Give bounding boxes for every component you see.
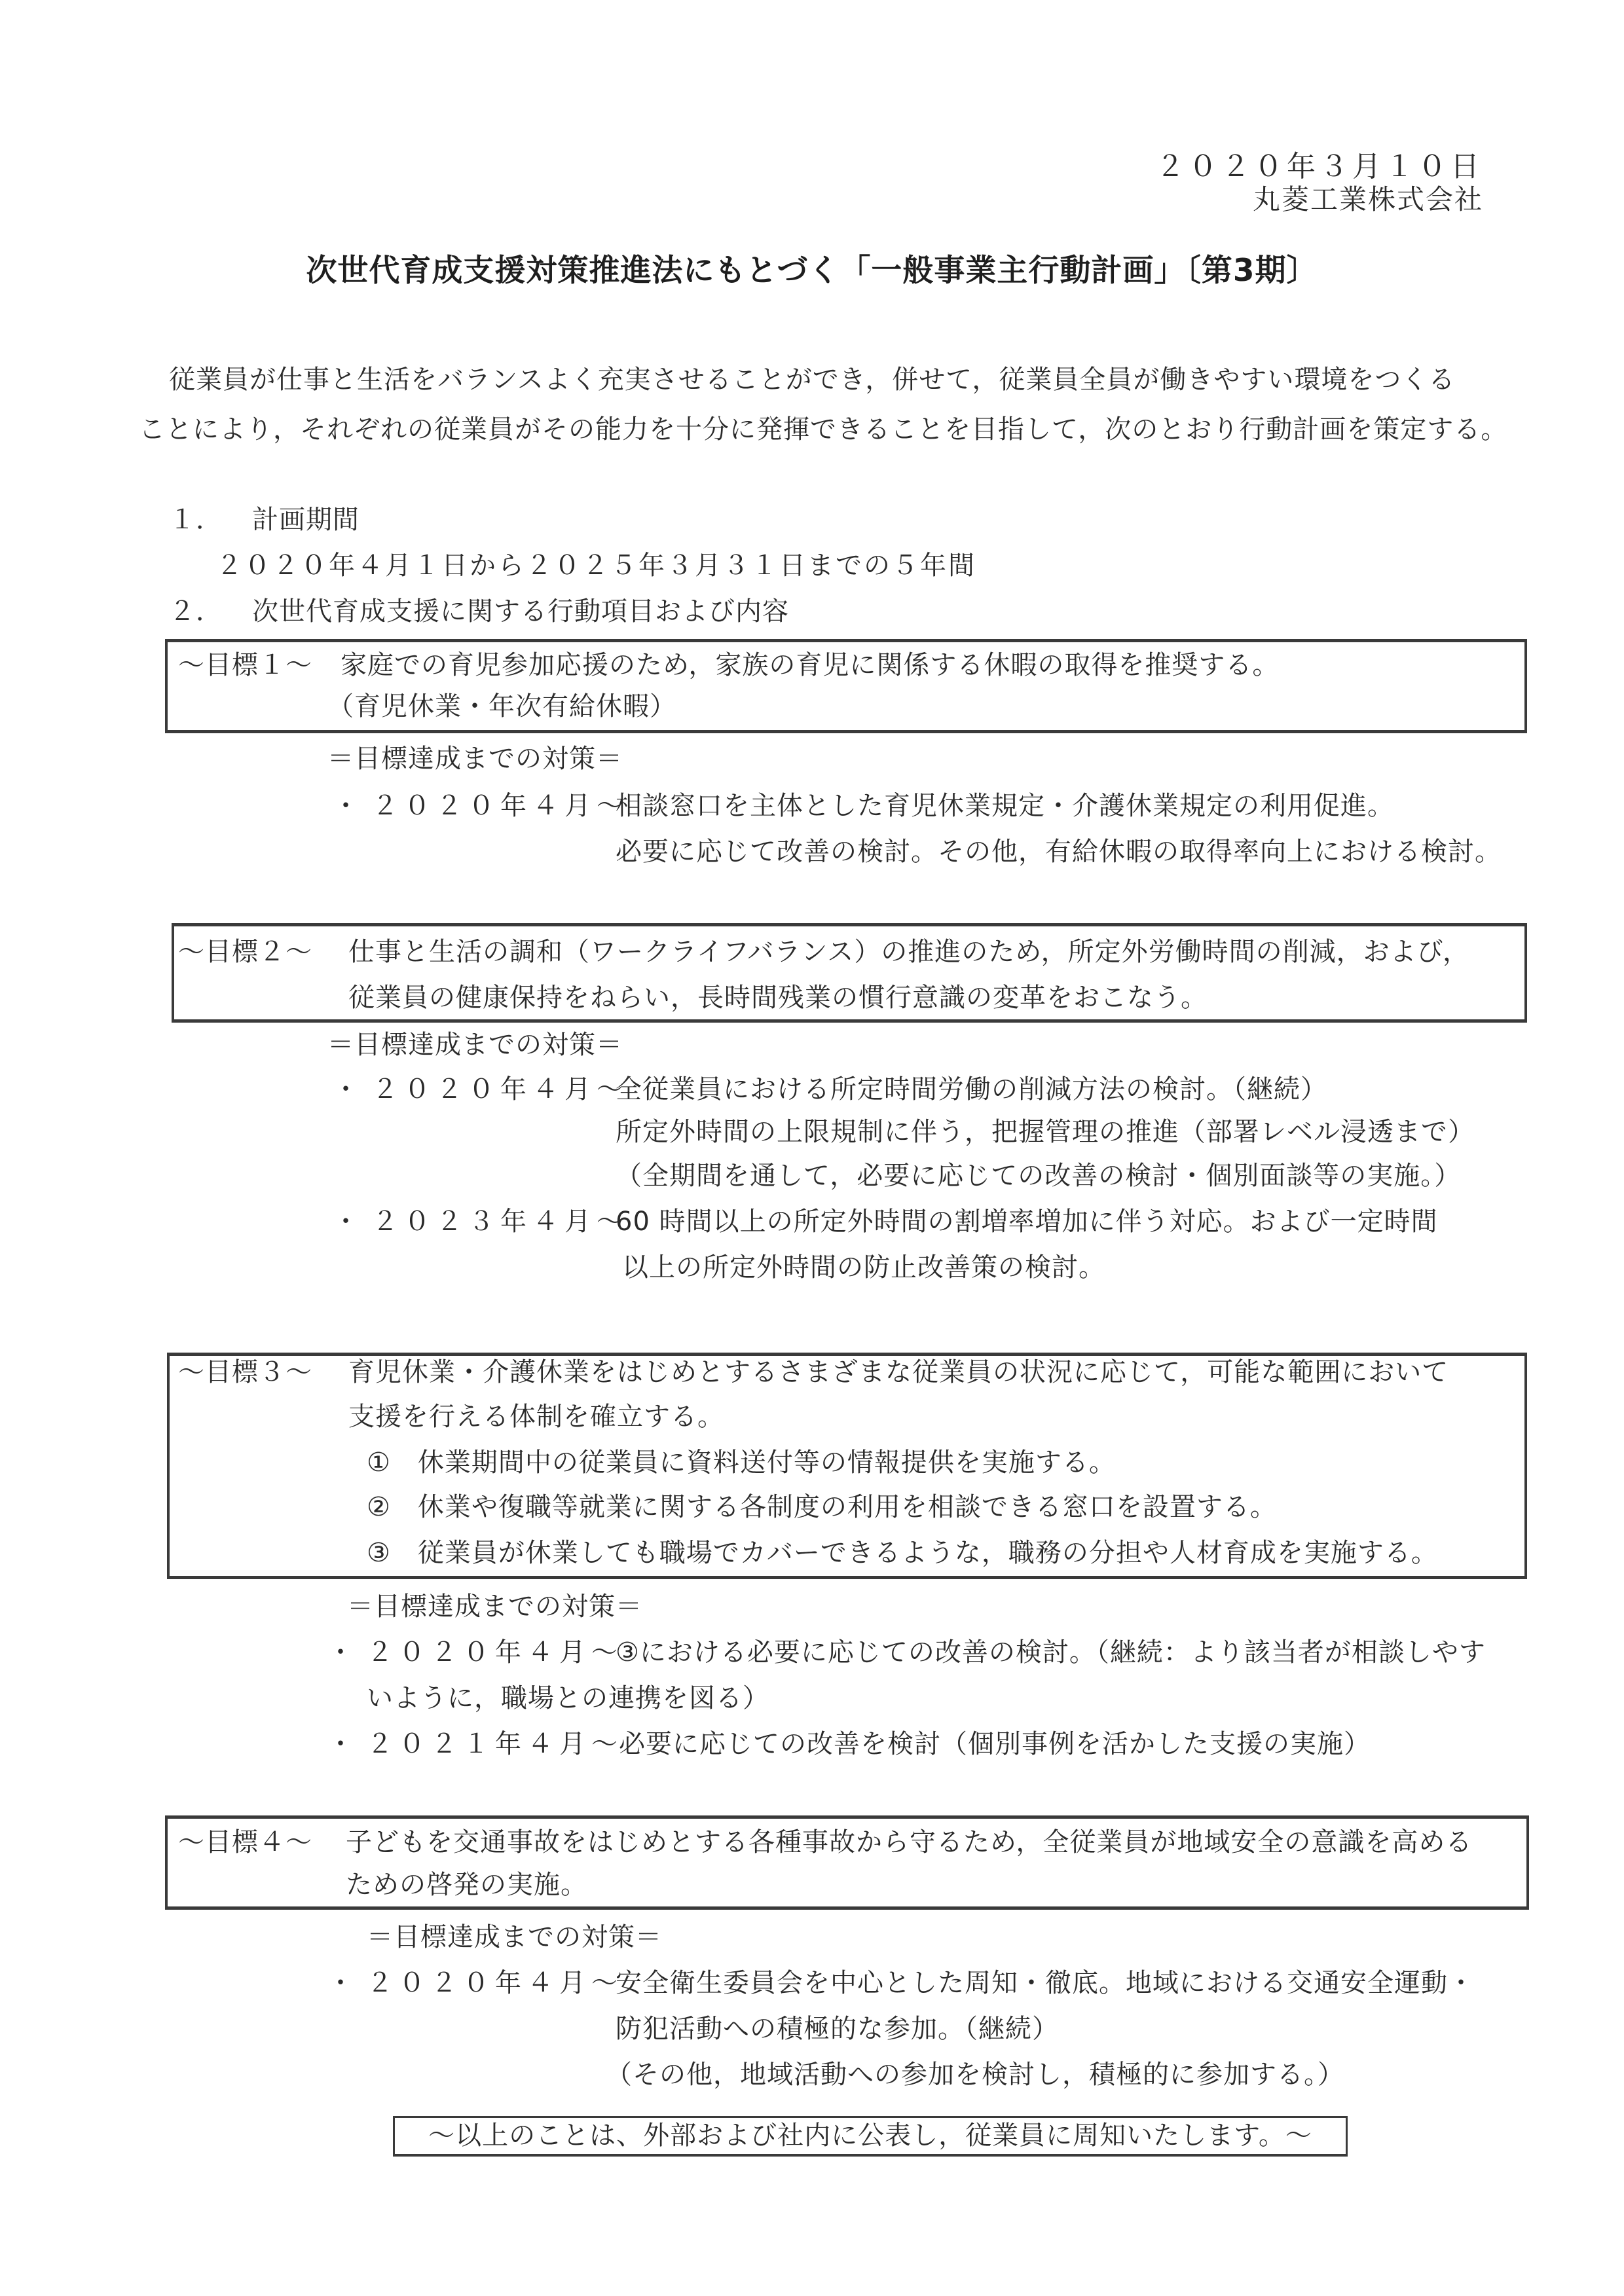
section-1-heading: 計画期間 <box>252 504 360 536</box>
goal-1-measure-1-date: ２０２０年４月～ <box>372 790 629 822</box>
section-1-number: １． <box>169 504 223 536</box>
goal-2-measures-heading: ＝目標達成までの対策＝ <box>327 1029 623 1061</box>
goal-2-measure-2-line-2: 以上の所定外時間の防止改善策の検討。 <box>622 1252 1105 1283</box>
goal-2-label: ～目標２～ <box>178 936 312 968</box>
goal-3-item-1: ① 休業期間中の従業員に資料送付等の情報提供を実施する。 <box>367 1447 1116 1478</box>
goal-4-measure-1-line-1: 安全衛生委員会を中心とした周知・徹底。地域における交通安全運動・ <box>616 1967 1475 1999</box>
goal-2-measure-1-line-3: （全期間を通して，必要に応じての改善の検討・個別面談等の実施。） <box>616 1160 1461 1192</box>
goal-3-measure-2-date: ２０２１年４月～ <box>367 1728 623 1760</box>
plan-period: ２０２０年４月１日から２０２５年３月３１日までの５年間 <box>216 550 976 581</box>
section-2-number: ２． <box>169 596 223 627</box>
section-2-heading: 次世代育成支援に関する行動項目および内容 <box>252 596 789 627</box>
goal-2-measure-2-date: ２０２３年４月～ <box>372 1206 629 1237</box>
goal-3-line-2: 支援を行える体制を確立する。 <box>348 1401 724 1432</box>
goal-1-line-2: （育児休業・年次有給休暇） <box>327 691 676 722</box>
page-title: 次世代育成支援対策推進法にもとづく「一般事業主行動計画」〔第3期〕 <box>0 246 1624 290</box>
goal-3-measure-2-line-1: 必要に応じての改善を検討（個別事例を活かした支援の実施） <box>619 1728 1371 1760</box>
goal-2-line-1: 仕事と生活の調和（ワークライフバランス）の推進のため，所定外労働時間の削減，およ… <box>348 936 1469 968</box>
goal-3-measure-1-line-2: いように，職場との連携を図る） <box>367 1683 769 1714</box>
goal-3-line-1: 育児休業・介護休業をはじめとするさまざまな従業員の状況に応じて，可能な範囲におい… <box>348 1357 1449 1388</box>
goal-3-measure-1-date: ２０２０年４月～ <box>367 1637 623 1668</box>
intro-line-2: ことにより，それぞれの従業員がその能力を十分に発揮できることを目指して，次のとお… <box>139 414 1507 445</box>
goal-4-measure-1-line-3: （その他，地域活動への参加を検討し，積極的に参加する。） <box>606 2059 1344 2090</box>
goal-1-measure-1-line-2: 必要に応じて改善の検討。その他，有給休暇の取得率向上における検討。 <box>616 836 1502 867</box>
goal-4-measures-heading: ＝目標達成までの対策＝ <box>367 1922 662 1953</box>
intro-line-1: 従業員が仕事と生活をバランスよく充実させることができ，併せて，従業員全員が働きや… <box>169 364 1455 395</box>
goal-2-measure-1-date: ２０２０年４月～ <box>372 1074 629 1105</box>
goal-4-measure-1-line-2: 防犯活動への積極的な参加。（継続） <box>616 2013 1059 2045</box>
footer-note: ～以上のことは、外部および社内に公表し，従業員に周知いたします。～ <box>393 2120 1348 2151</box>
goal-1-line-1: 家庭での育児参加応援のため，家族の育児に関係する休暇の取得を推奨する。 <box>341 649 1279 681</box>
goal-3-label: ～目標３～ <box>178 1357 312 1388</box>
goal-2-measure-2-line-1: 60 時間以上の所定外時間の割増率増加に伴う対応。および一定時間 <box>616 1206 1438 1237</box>
bullet-icon: ・ <box>327 1967 354 1999</box>
goal-4-line-2: ための啓発の実施。 <box>346 1869 587 1901</box>
bullet-icon: ・ <box>333 790 360 822</box>
bullet-icon: ・ <box>327 1637 354 1668</box>
goal-2-measure-1-line-2: 所定外時間の上限規制に伴う，把握管理の推進（部署レベル浸透まで） <box>616 1116 1475 1148</box>
goal-3-measure-1-line-1: ③における必要に応じての改善の検討。（継続：より該当者が相談しやす <box>616 1637 1486 1668</box>
goal-1-measures-heading: ＝目標達成までの対策＝ <box>327 743 623 774</box>
goal-4-line-1: 子どもを交通事故をはじめとする各種事故から守るため，全従業員が地域安全の意識を高… <box>346 1827 1472 1858</box>
goal-1-label: ～目標１～ <box>178 649 312 681</box>
goal-3-item-3: ③ 従業員が休業しても職場でカバーできるような，職務の分担や人材育成を実施する。 <box>367 1537 1438 1569</box>
goal-2-measure-1-line-1: 全従業員における所定時間労働の削減方法の検討。（継続） <box>616 1074 1327 1105</box>
goal-4-measure-1-date: ２０２０年４月～ <box>367 1967 623 1999</box>
bullet-icon: ・ <box>333 1206 360 1237</box>
goal-2-line-2: 従業員の健康保持をねらい，長時間残業の慣行意識の変革をおこなう。 <box>348 982 1208 1013</box>
bullet-icon: ・ <box>327 1728 354 1760</box>
goal-3-measures-heading: ＝目標達成までの対策＝ <box>347 1591 642 1622</box>
bullet-icon: ・ <box>333 1074 360 1105</box>
goal-3-item-2: ② 休業や復職等就業に関する各制度の利用を相談できる窓口を設置する。 <box>367 1491 1277 1523</box>
goal-1-measure-1-line-1: 相談窓口を主体とした育児休業規定・介護休業規定の利用促進。 <box>616 790 1394 822</box>
company-name: 丸菱工業株式会社 <box>1253 178 1483 217</box>
goal-4-label: ～目標４～ <box>178 1827 312 1858</box>
